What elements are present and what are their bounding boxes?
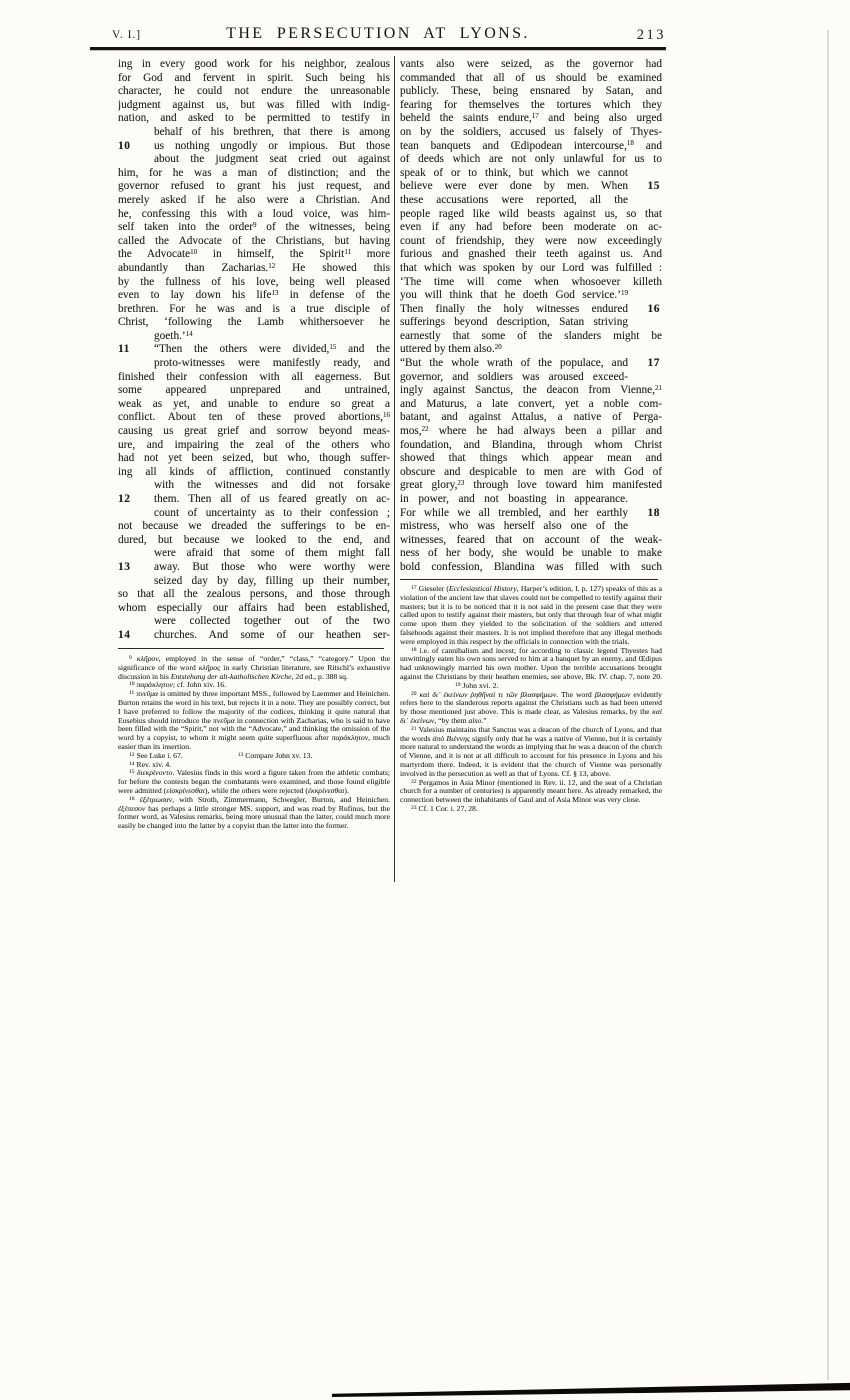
text-line: in power, and not boasting in appearance… [400, 493, 662, 507]
verse-number: 13 [118, 561, 131, 575]
text-line: vants also were seized, as the governor … [400, 58, 662, 72]
text-line: merely asked if he also were a Christian… [118, 194, 390, 208]
verse-number: 17 [648, 357, 661, 371]
text-line: fearing for themselves the tortures whic… [400, 99, 662, 113]
text-line: foundation, and Blandina, through whom C… [400, 439, 662, 453]
text-line: beheld the saints endure,17 and being al… [400, 112, 662, 126]
text-line: publicly. These, being ensnared by Satan… [400, 85, 662, 99]
text-line: furious and gnashed their teeth against … [400, 248, 662, 262]
text-line: that which was spoken by our Lord was fu… [400, 262, 662, 276]
left-column-body: ing in every good work for his neighbor,… [118, 58, 390, 643]
text-line: about the judgment seat cried out agains… [118, 153, 390, 167]
text-line: away. But those who were worthy were13 [118, 561, 390, 575]
text-line: believe were ever done by men. When15 [400, 180, 662, 194]
header-rule [90, 47, 666, 50]
text-line: dured, but because we looked to the end,… [118, 534, 390, 548]
text-line: “But the whole wrath of the populace, an… [400, 357, 662, 371]
text-line: on by the soldiers, accused us falsely o… [400, 126, 662, 140]
text-line: even to lay down his life13 in defense o… [118, 289, 390, 303]
text-line: count of friendship, they were now excee… [400, 235, 662, 249]
text-line: batant, and against Attalus, a native of… [400, 411, 662, 425]
text-line: bold confession, Blandina was filled wit… [400, 561, 662, 575]
text-line: he, confessing this with a loud voice, w… [118, 208, 390, 222]
left-column-footnotes: 9 κλῆρον, employed in the sense of “orde… [118, 655, 390, 831]
text-line: ure, and impairing the zeal of the other… [118, 439, 390, 453]
right-footnote-separator [400, 579, 658, 580]
right-column-footnotes: 17 Gieseler (Ecclesiastical History, Har… [400, 585, 662, 814]
footnote: 22 Pergamos in Asia Minor (mentioned in … [400, 779, 662, 805]
footnote: 23 Cf. 1 Cor. i. 27, 28. [400, 805, 662, 814]
text-line: called the Advocate of the Christians, b… [118, 235, 390, 249]
text-line: ness of her body, she would be unable to… [400, 547, 662, 561]
text-line: governor, and soldiers was aroused excee… [400, 371, 662, 385]
text-line: ing all kinds of affliction, continued c… [118, 466, 390, 480]
text-line: conflict. About ten of these proved abor… [118, 411, 390, 425]
text-line: with the witnesses and did not forsake [118, 479, 390, 493]
verse-number: 18 [648, 507, 661, 521]
text-line: and Maturus, a late convert, yet a noble… [400, 398, 662, 412]
footnote: 18 i.e. of cannibalism and incest; for a… [400, 647, 662, 691]
verse-number: 10 [118, 140, 131, 154]
text-line: earnestly that some of the slanders migh… [400, 330, 662, 344]
text-line: causing us great grief and sorrow beyond… [118, 425, 390, 439]
text-line: churches. And some of our heathen ser-14 [118, 629, 390, 643]
text-line: uttered by them also.20 [400, 343, 662, 357]
text-line: abundantly than Zacharias.12 He showed t… [118, 262, 390, 276]
text-line: some appeared unprepared and untrained, [118, 384, 390, 398]
text-line: Then finally the holy witnesses endured1… [400, 303, 662, 317]
column-divider [394, 56, 395, 882]
right-column-body: vants also were seized, as the governor … [400, 58, 662, 575]
text-line: had not yet been seized, but who, though… [118, 452, 390, 466]
text-line: were afraid that some of them might fall [118, 547, 390, 561]
book-page: V. I.] THE PERSECUTION AT LYONS. 213 ing… [0, 0, 850, 1400]
footnote: 20 καὶ δι᾽ ἐκείνων ῥηθῆναί τι τῶν βλασφή… [400, 691, 662, 726]
text-line: tean banquets and Œdipodean intercourse,… [400, 140, 662, 154]
scan-page-edge-line [827, 30, 829, 1380]
text-line: us nothing ungodly or impious. But those… [118, 140, 390, 154]
text-line: witnesses, feared that on account of the… [400, 534, 662, 548]
text-line: speak of or to think, but which we canno… [400, 167, 662, 181]
text-line: self taken into the order9 of the witnes… [118, 221, 390, 235]
verse-number: 12 [118, 493, 131, 507]
left-footnote-separator [118, 648, 384, 649]
text-line: even if any had before been moderate on … [400, 221, 662, 235]
text-line: ing in every good work for his neighbor,… [118, 58, 390, 72]
text-line: behalf of his brethren, that there is am… [118, 126, 390, 140]
text-line: seized day by day, filling up their numb… [118, 575, 390, 589]
text-line: nation, and asked to be permitted to tes… [118, 112, 390, 126]
text-line: goeth.’14 [118, 330, 390, 344]
text-line: mistress, who was herself also one of th… [400, 520, 662, 534]
text-line: obscure and despicable to men are with G… [400, 466, 662, 480]
verse-number: 15 [648, 180, 661, 194]
footnote: 15 διεκρίνοντο. Valesius finds in this w… [118, 769, 390, 795]
text-line: ingly against Sanctus, the deacon from V… [400, 384, 662, 398]
text-line: them. Then all of us feared greatly on a… [118, 493, 390, 507]
verse-number: 14 [118, 629, 131, 643]
text-line: commanded that all of us should be exami… [400, 72, 662, 86]
text-line: proto-witnesses were manifestly ready, a… [118, 357, 390, 371]
text-line: showed that things which appear mean and [400, 452, 662, 466]
text-line: character, he could not endure the unrea… [118, 85, 390, 99]
verse-number: 16 [648, 303, 661, 317]
text-line: sufferings beyond description, Satan str… [400, 316, 662, 330]
verse-number: 11 [118, 343, 130, 357]
text-line: people raged like wild beasts against us… [400, 208, 662, 222]
text-line: you will think that he doeth God service… [400, 289, 662, 303]
footnote: 16 ἐξέτρωσαν, with Stroth, Zimmermann, S… [118, 796, 390, 831]
text-line: “Then the others were divided,15 and the… [118, 343, 390, 357]
text-line: these accusations were reported, all the [400, 194, 662, 208]
text-line: the Advocate10 in himself, the Spirit11 … [118, 248, 390, 262]
footnote: 11 πνεῦμα is omitted by three important … [118, 690, 390, 752]
text-line: him, for he was a man of distinction; an… [118, 167, 390, 181]
footnote: 21 Valesius maintains that Sanctus was a… [400, 726, 662, 779]
text-line: judgment against us, but was filled with… [118, 99, 390, 113]
text-line: great glory,23 through love toward him m… [400, 479, 662, 493]
page-number: 213 [566, 27, 666, 44]
text-line: ‘The time will come when whosoever kille… [400, 276, 662, 290]
text-line: finished their confession with all eager… [118, 371, 390, 385]
text-line: mos,22 where he had always been a pillar… [400, 425, 662, 439]
text-line: whom especially our affairs had been est… [118, 602, 390, 616]
text-line: for God and fervent in spirit. Such bein… [118, 72, 390, 86]
footnote: 9 κλῆρον, employed in the sense of “orde… [118, 655, 390, 681]
scan-artifact-bottom [332, 1381, 850, 1397]
text-line: of deeds which are not only unlawful for… [400, 153, 662, 167]
text-line: count of uncertainty as to their confess… [118, 507, 390, 521]
text-line: For while we all trembled, and her earth… [400, 507, 662, 521]
text-line: governor refused to grant his just reque… [118, 180, 390, 194]
text-line: weak as yet, and unable to endure so gre… [118, 398, 390, 412]
text-line: Christ, ‘following the Lamb whithersoeve… [118, 316, 390, 330]
text-line: brethren. For he was and is a true disci… [118, 303, 390, 317]
footnote: 17 Gieseler (Ecclesiastical History, Har… [400, 585, 662, 647]
text-line: so that all the zealous persons, and tho… [118, 588, 390, 602]
text-line: not because we dreaded the sufferings to… [118, 520, 390, 534]
text-line: were collected together out of the two [118, 615, 390, 629]
text-line: by the fullness of his love, being well … [118, 276, 390, 290]
